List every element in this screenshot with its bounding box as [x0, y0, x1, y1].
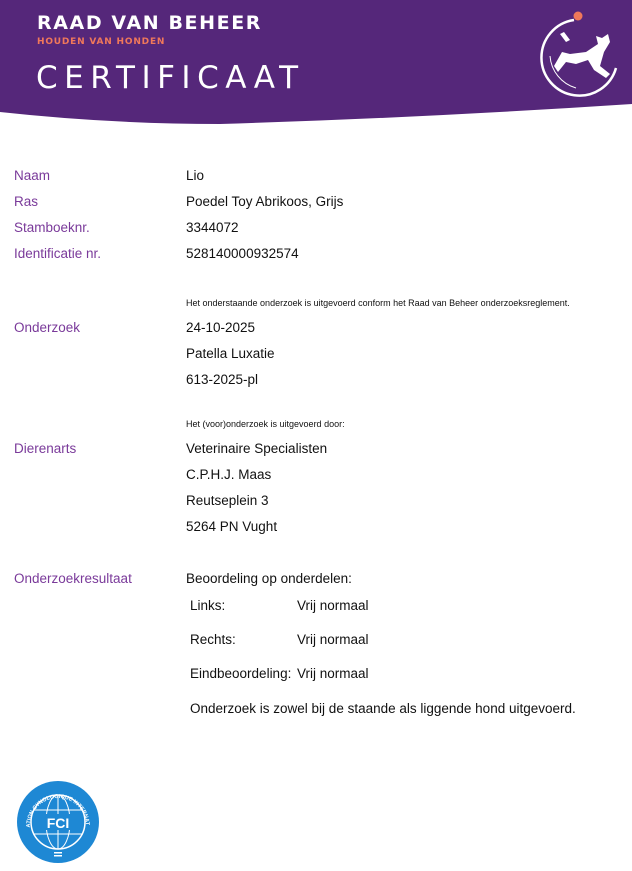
organization-tagline: HOUDEN VAN HONDEN: [37, 37, 165, 47]
vet-practice: Veterinaire Specialisten: [186, 441, 327, 456]
name-value: Lio: [186, 168, 204, 183]
exam-label: Onderzoek: [14, 320, 80, 335]
studbook-value: 3344072: [186, 220, 239, 235]
result-left-key: Links:: [190, 598, 225, 613]
vet-city: 5264 PN Vught: [186, 519, 277, 534]
studbook-label: Stamboeknr.: [14, 220, 90, 235]
dog-leaping-circle-icon: [536, 8, 626, 98]
page-title: CERTIFICAAT: [36, 60, 305, 96]
vet-note: Het (voor)onderzoek is uitgevoerd door:: [186, 419, 345, 429]
result-final-key: Eindbeoordeling:: [190, 666, 291, 681]
result-label: Onderzoekresultaat: [14, 571, 132, 586]
certificate-header: RAAD VAN BEHEER HOUDEN VAN HONDEN CERTIF…: [0, 0, 632, 130]
exam-note: Het onderstaande onderzoek is uitgevoerd…: [186, 298, 570, 308]
result-left-value: Vrij normaal: [297, 598, 369, 613]
breed-label: Ras: [14, 194, 38, 209]
result-final-value: Vrij normaal: [297, 666, 369, 681]
identification-label: Identificatie nr.: [14, 246, 101, 261]
vet-address: Reutseplein 3: [186, 493, 269, 508]
result-right-value: Vrij normaal: [297, 632, 369, 647]
vet-name: C.P.H.J. Maas: [186, 467, 271, 482]
organization-name: RAAD VAN BEHEER: [37, 12, 262, 34]
result-heading: Beoordeling op onderdelen:: [186, 571, 352, 586]
name-label: Naam: [14, 168, 50, 183]
result-remark: Onderzoek is zowel bij de staande als li…: [190, 701, 576, 716]
identification-value: 528140000932574: [186, 246, 299, 261]
svg-text:FCI: FCI: [47, 815, 70, 831]
exam-reference: 613-2025-pl: [186, 372, 258, 387]
exam-type: Patella Luxatie: [186, 346, 275, 361]
breed-value: Poedel Toy Abrikoos, Grijs: [186, 194, 343, 209]
fci-logo-icon: FCI FEDERATION CYNOLOGIQUE INTERNATIONAL…: [16, 780, 100, 864]
exam-date: 24-10-2025: [186, 320, 255, 335]
vet-label: Dierenarts: [14, 441, 76, 456]
result-right-key: Rechts:: [190, 632, 236, 647]
